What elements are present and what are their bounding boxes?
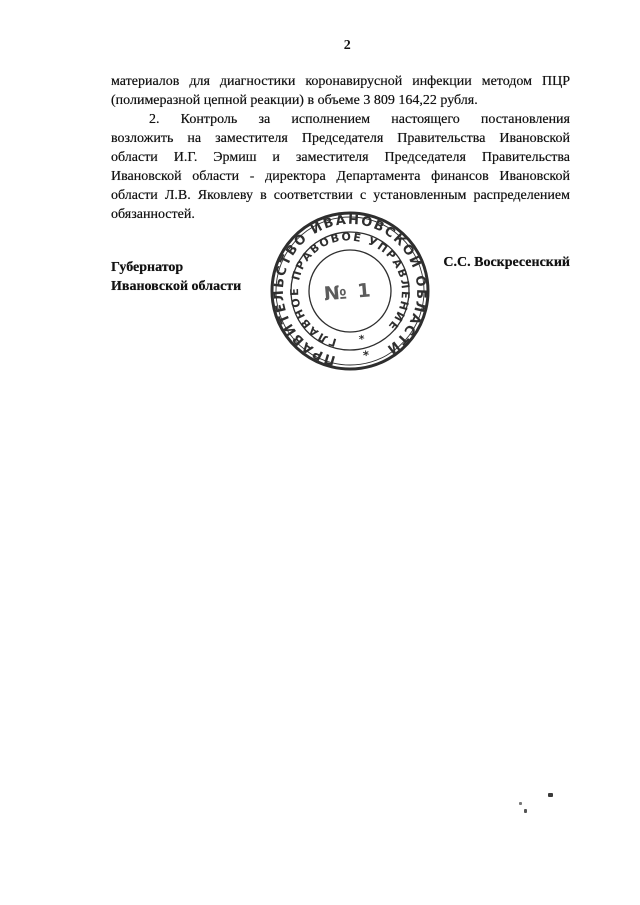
signatory-title: Губернатор Ивановской области <box>111 258 241 296</box>
paragraph-line: возложить на заместителя Председателя Пр… <box>111 129 570 148</box>
paragraph-line: Ивановской области - директора Департаме… <box>111 167 570 186</box>
paragraph-line: (полимеразной цепной реакции) в объеме 3… <box>111 91 570 110</box>
stamp-center-mark: № 1 <box>323 279 373 305</box>
document-page: 2 материалов для диагностики коронавирус… <box>0 0 640 905</box>
paragraph-line: 2. Контроль за исполнением настоящего по… <box>111 110 570 129</box>
star-icon: * <box>362 348 371 363</box>
signatory-name: С.С. Воскресенский <box>443 253 570 272</box>
official-stamp-seal: ПРАВИТЕЛЬСТВО ИВАНОВСКОЙ ОБЛАСТИ ГЛАВНОЕ… <box>260 201 440 381</box>
signatory-title-line: Ивановской области <box>111 277 241 296</box>
paragraph-line: материалов для диагностики коронавирусно… <box>111 72 570 91</box>
page-number: 2 <box>111 36 570 55</box>
scan-speck <box>524 809 527 813</box>
scan-speck <box>548 793 553 797</box>
signatory-title-line: Губернатор <box>111 258 241 277</box>
scan-speck <box>519 802 522 805</box>
paragraph-line: области И.Г. Эрмиш и заместителя Председ… <box>111 148 570 167</box>
star-icon: * <box>358 332 366 346</box>
